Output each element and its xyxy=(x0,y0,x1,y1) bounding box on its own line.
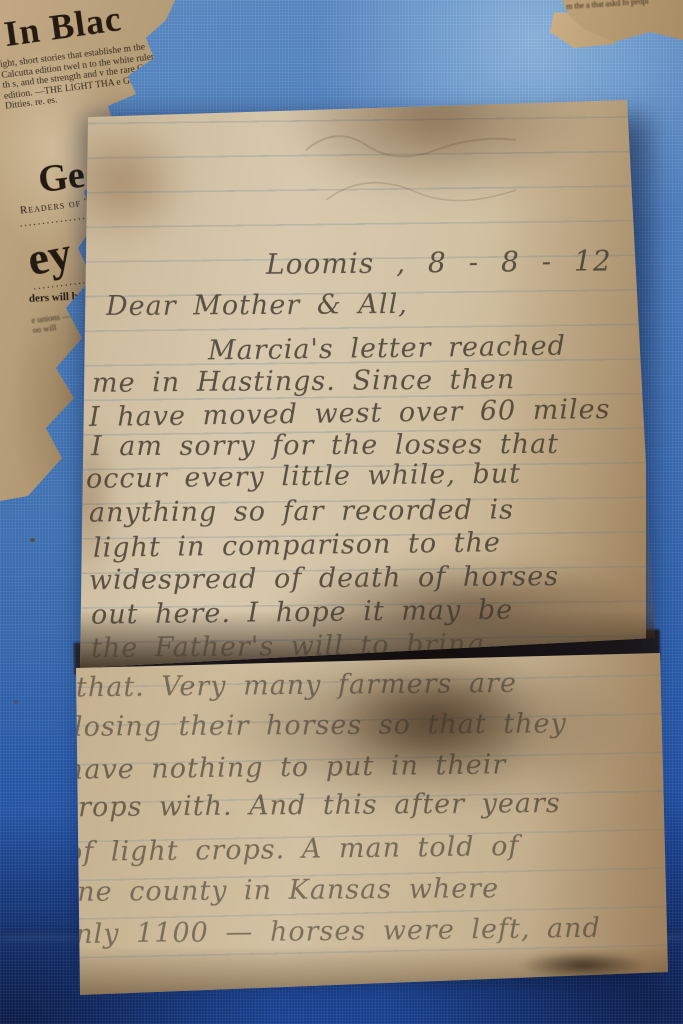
pencil-marks xyxy=(286,110,586,250)
letter-line: have nothing to put in their xyxy=(66,749,507,785)
fabric-speck xyxy=(14,700,19,704)
letter-line: anything so far recorded is xyxy=(89,495,514,529)
letter-line: losing their horses so that they xyxy=(74,708,567,742)
letter-line: light in comparison to the xyxy=(93,527,501,564)
letter-line: out here. I hope it may be xyxy=(91,594,513,630)
letter-line: widespread of death of horses xyxy=(89,561,559,596)
letter-line: crops with. And this after years xyxy=(62,788,561,823)
letter-line: Marcia's letter reached xyxy=(208,331,566,367)
letter-line: one county in Kansas where xyxy=(60,873,499,908)
newspaper-scrap-text: m the a that askd fo peopl xyxy=(566,0,683,11)
letter-line: I am sorry for the losses that xyxy=(91,429,559,462)
fabric-speck xyxy=(30,538,35,542)
letter-upper-panel: Loomis , 8 - 8 - 12 Dear Mother & All, M… xyxy=(66,90,646,675)
letter-line: of light crops. A man told of xyxy=(66,831,520,868)
newspaper-headline-2: Ge xyxy=(36,153,87,202)
letter-line: only 1100 — horses were left, and xyxy=(58,913,601,951)
letter-line: that. Very many farmers are xyxy=(76,668,517,704)
letter-salutation: Dear Mother & All, xyxy=(106,289,408,322)
photo-scene: READY In Blac ight, short stories that e… xyxy=(0,0,683,1024)
letter-line: me in Hastings. Since then xyxy=(92,364,516,399)
letter-line: occur every little while, but xyxy=(86,458,521,494)
ruled-lines-lower xyxy=(58,650,678,1010)
letter-lower-panel: that. Very many farmers are losing their… xyxy=(58,650,678,1010)
